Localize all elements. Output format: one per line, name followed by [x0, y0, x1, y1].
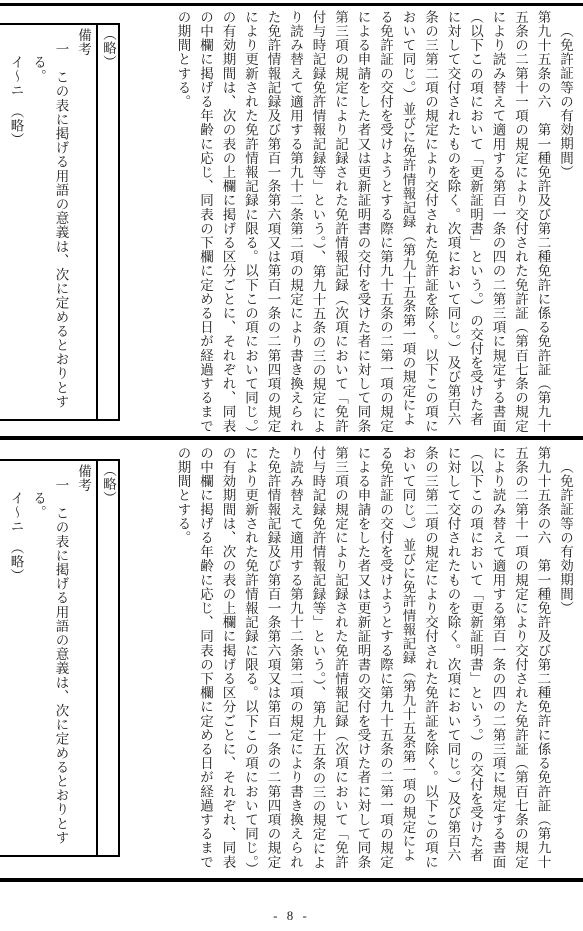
remarks-item-1: 一 この表に掲げる用語の意義は、次に定めるとおりとする。: [27, 28, 72, 416]
article-body: 第九十五条の六 第一種免許及び第二種免許に係る免許証（第九十五条の二第十一項の規…: [171, 10, 554, 434]
article-heading: （免許証等の有効期間）: [554, 10, 577, 434]
panel-lower: （免許証等の有効期間） 第九十五条の六 第一種免許及び第二種免許に係る免許証（第…: [0, 444, 583, 870]
remarks-title: 備考: [72, 28, 95, 416]
table-border-bottom: [0, 878, 583, 882]
table-border-top: [0, 3, 583, 6]
document-page: （免許証等の有効期間） 第九十五条の六 第一種免許及び第二種免許に係る免許証（第…: [0, 0, 583, 931]
table-omitted-cell: （略）: [96, 461, 118, 855]
table-border-middle: [0, 436, 583, 440]
remarks-cell: 備考 一 この表に掲げる用語の意義は、次に定めるとおりとする。 イ～ニ （略）: [0, 461, 96, 855]
provision-text-block-upper: （免許証等の有効期間） 第九十五条の六 第一種免許及び第二種免許に係る免許証（第…: [171, 10, 576, 434]
remarks-title: 備考: [72, 464, 95, 852]
schedule-table-upper: 備考 一 この表に掲げる用語の意義は、次に定めるとおりとする。 イ～ニ （略） …: [0, 23, 120, 421]
remarks-item-2: イ～ニ （略）: [4, 28, 27, 416]
article-body: 第九十五条の六 第一種免許及び第二種免許に係る免許証（第九十五条の二第十一項の規…: [171, 446, 554, 870]
remarks-item-2: イ～ニ （略）: [4, 464, 27, 852]
schedule-table-lower: 備考 一 この表に掲げる用語の意義は、次に定めるとおりとする。 イ～ニ （略） …: [0, 459, 120, 857]
panel-upper: （免許証等の有効期間） 第九十五条の六 第一種免許及び第二種免許に係る免許証（第…: [0, 8, 583, 434]
table-omitted-cell: （略）: [96, 25, 118, 419]
page-number: - 8 -: [0, 908, 583, 924]
remarks-item-1: 一 この表に掲げる用語の意義は、次に定めるとおりとする。: [27, 464, 72, 852]
provision-text-block-lower: （免許証等の有効期間） 第九十五条の六 第一種免許及び第二種免許に係る免許証（第…: [171, 446, 576, 870]
remarks-cell: 備考 一 この表に掲げる用語の意義は、次に定めるとおりとする。 イ～ニ （略）: [0, 25, 96, 419]
article-heading: （免許証等の有効期間）: [554, 446, 577, 870]
